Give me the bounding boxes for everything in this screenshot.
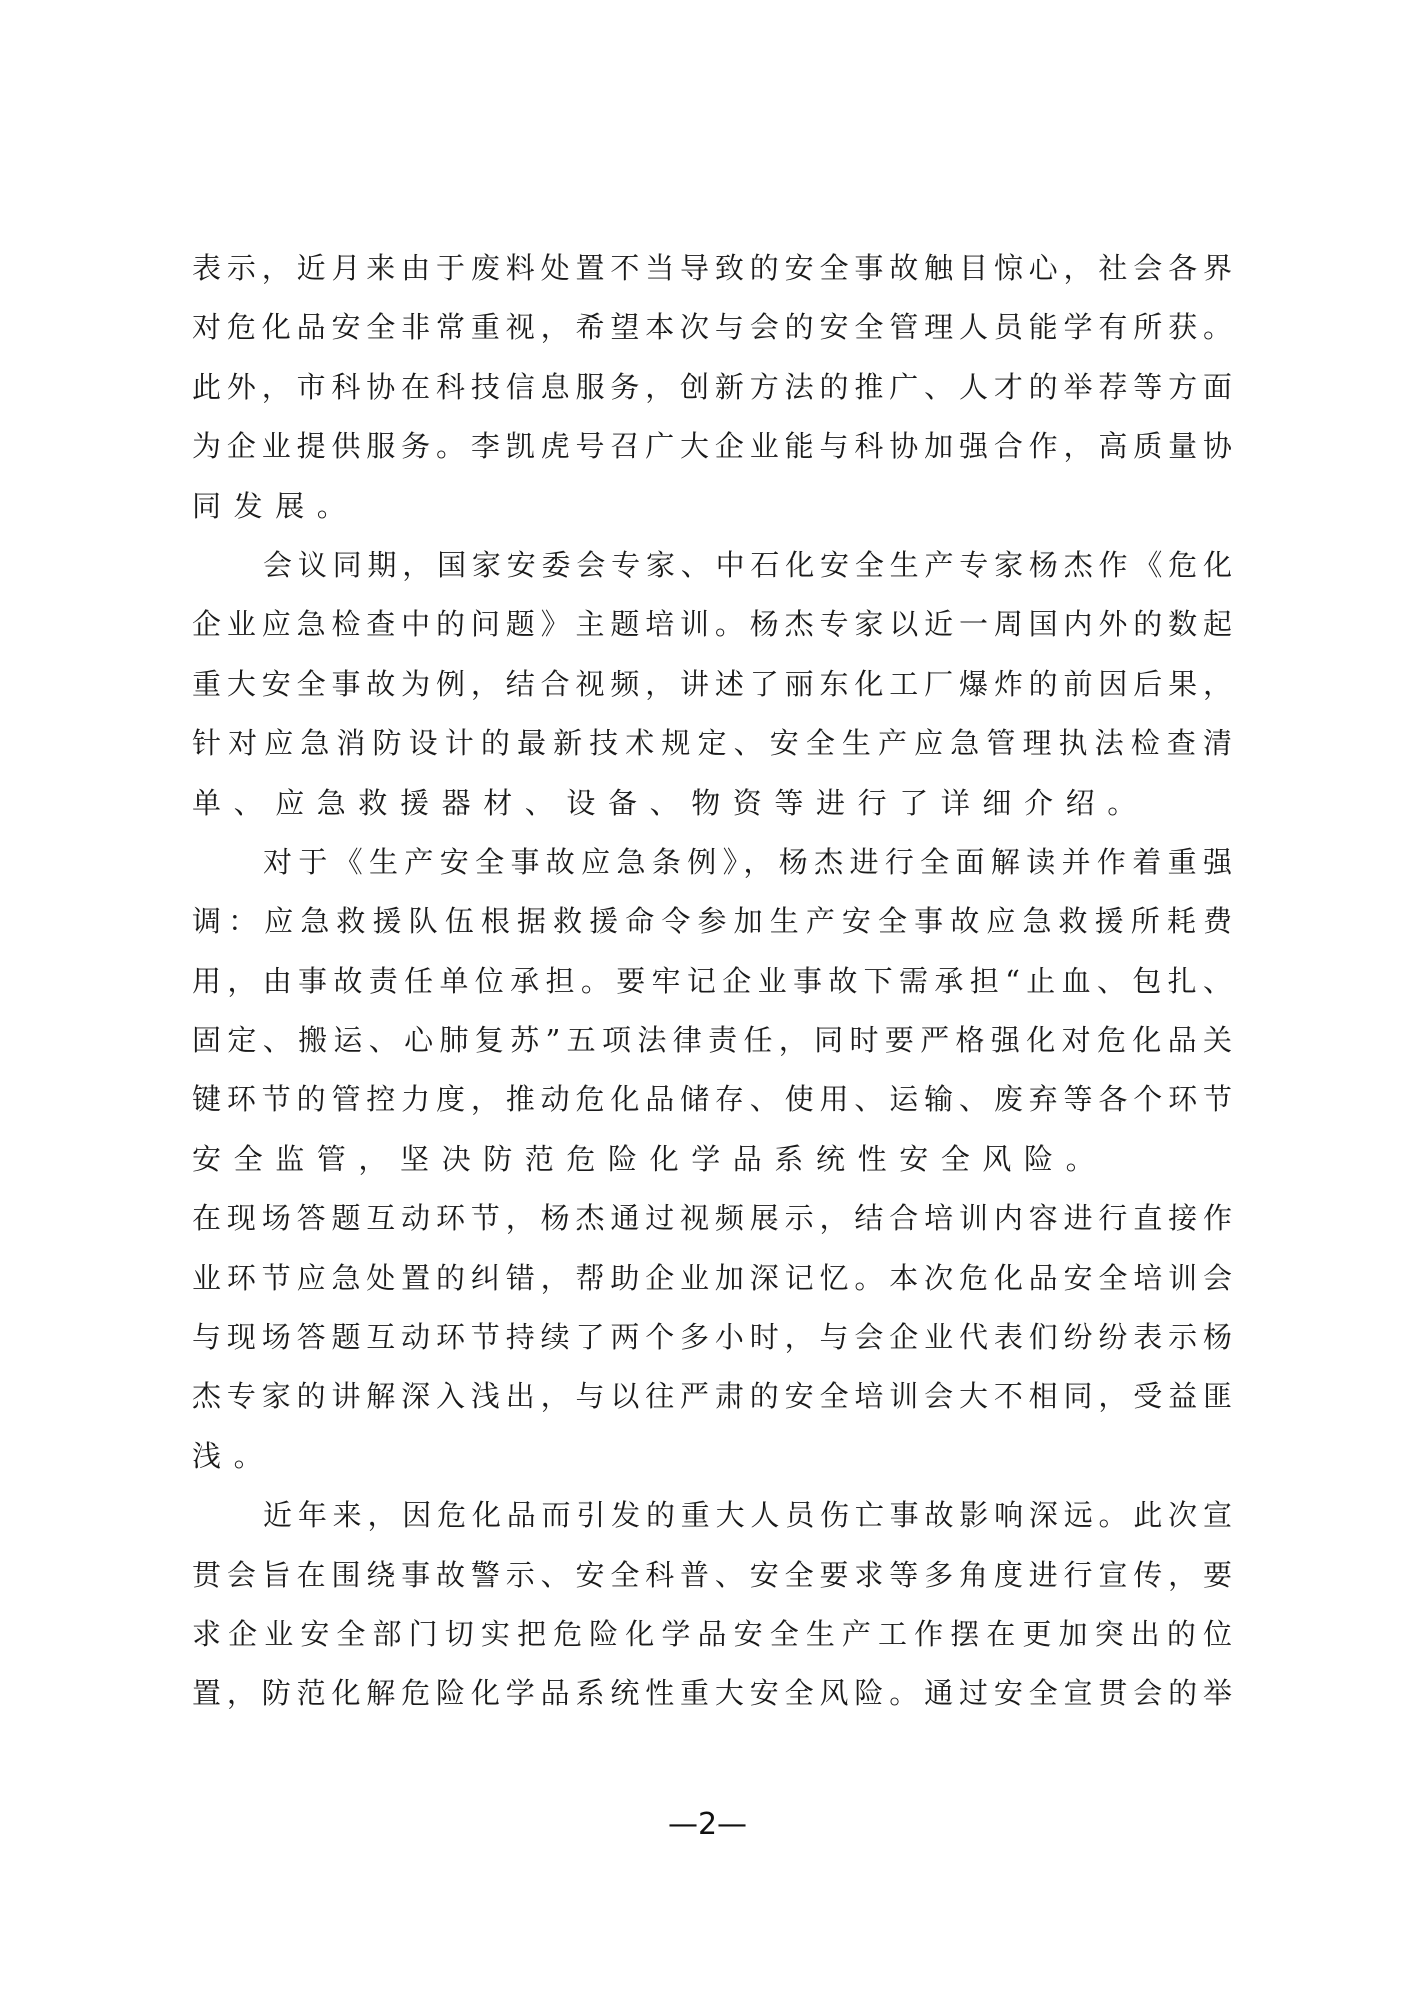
text-line: 调：应急救援队伍根据救援命令参加生产安全事故应急救援所耗费: [192, 892, 1232, 951]
text-line: 置，防范化解危险化学品系统性重大安全风险。通过安全宣贯会的举: [192, 1664, 1232, 1723]
text-line: 浅。: [192, 1427, 1232, 1486]
text-line: 表示，近月来由于废料处置不当导致的安全事故触目惊心，社会各界: [192, 239, 1232, 298]
text-line: 键环节的管控力度，推动危化品储存、使用、运输、废弃等各个环节: [192, 1070, 1232, 1129]
text-line: 此外，市科协在科技信息服务，创新方法的推广、人才的举荐等方面: [192, 358, 1232, 417]
document-body: 表示，近月来由于废料处置不当导致的安全事故触目惊心，社会各界 对危化品安全非常重…: [192, 239, 1232, 1724]
text-line: 求企业安全部门切实把危险化学品安全生产工作摆在更加突出的位: [192, 1605, 1232, 1664]
text-line: 针对应急消防设计的最新技术规定、安全生产应急管理执法检查清: [192, 714, 1232, 773]
text-line: 固定、搬运、心肺复苏”五项法律责任，同时要严格强化对危化品关: [192, 1011, 1232, 1070]
text-line: 为企业提供服务。李凯虎号召广大企业能与科协加强合作，高质量协: [192, 417, 1232, 476]
text-line: 单、应急救援器材、设备、物资等进行了详细介绍。: [192, 774, 1232, 833]
text-line: 业环节应急处置的纠错，帮助企业加深记忆。本次危化品安全培训会: [192, 1249, 1232, 1308]
text-line: 对危化品安全非常重视，希望本次与会的安全管理人员能学有所获。: [192, 298, 1232, 357]
text-line: 在现场答题互动环节，杨杰通过视频展示，结合培训内容进行直接作: [192, 1189, 1232, 1248]
text-line: 对于《生产安全事故应急条例》，杨杰进行全面解读并作着重强: [192, 833, 1232, 892]
document-page: 表示，近月来由于废料处置不当导致的安全事故触目惊心，社会各界 对危化品安全非常重…: [0, 0, 1415, 2000]
text-line: 与现场答题互动环节持续了两个多小时，与会企业代表们纷纷表示杨: [192, 1308, 1232, 1367]
page-number: —2—: [0, 1805, 1415, 1845]
text-line: 贯会旨在围绕事故警示、安全科普、安全要求等多角度进行宣传，要: [192, 1546, 1232, 1605]
text-line: 企业应急检查中的问题》主题培训。杨杰专家以近一周国内外的数起: [192, 595, 1232, 654]
text-line: 用，由事故责任单位承担。要牢记企业事故下需承担“止血、包扎、: [192, 952, 1232, 1011]
text-line: 同发展。: [192, 477, 1232, 536]
text-line: 安全监管，坚决防范危险化学品系统性安全风险。: [192, 1130, 1232, 1189]
text-line: 杰专家的讲解深入浅出，与以往严肃的安全培训会大不相同，受益匪: [192, 1367, 1232, 1426]
text-line: 会议同期，国家安委会专家、中石化安全生产专家杨杰作《危化: [192, 536, 1232, 595]
text-line: 近年来，因危化品而引发的重大人员伤亡事故影响深远。此次宣: [192, 1486, 1232, 1545]
text-line: 重大安全事故为例，结合视频，讲述了丽东化工厂爆炸的前因后果，: [192, 655, 1232, 714]
